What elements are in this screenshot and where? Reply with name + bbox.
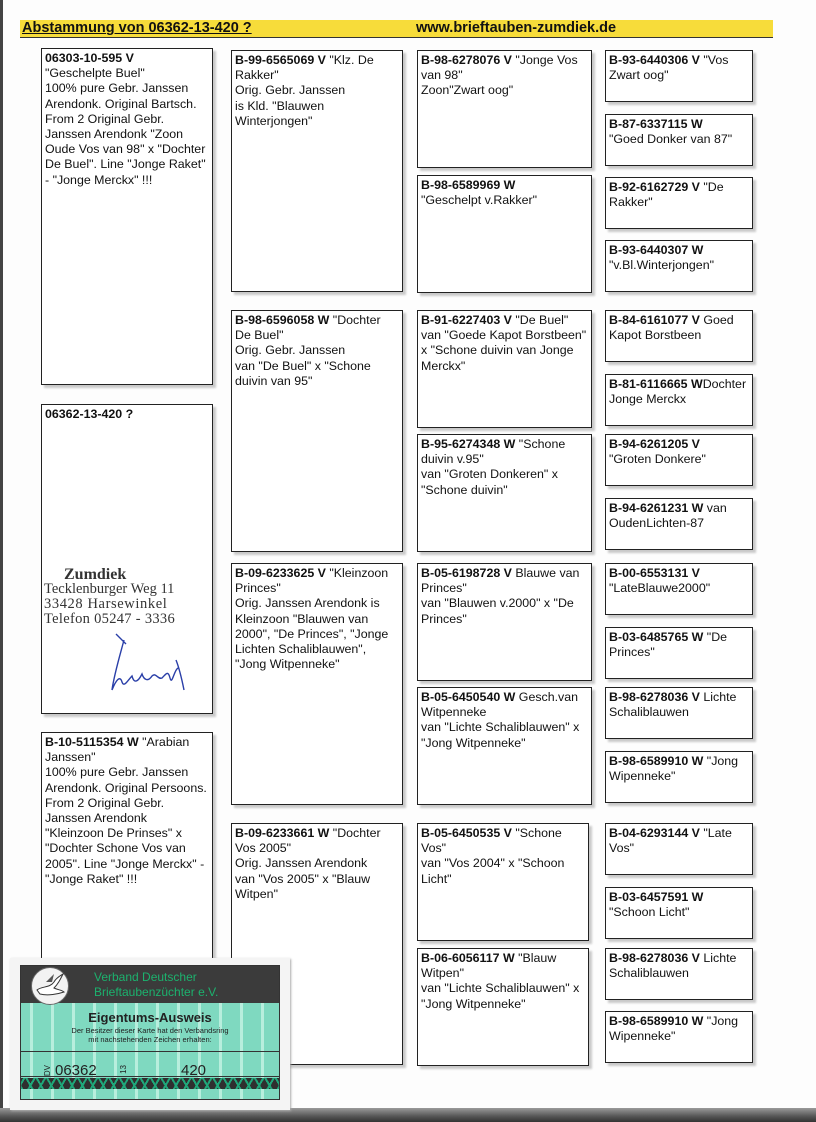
ring-number: B-92-6162729 V bbox=[609, 180, 700, 194]
pigeon-description: van "Blauwen v.2000" x "De Princes" bbox=[421, 596, 588, 626]
pigeon-description: van "Lichte Schaliblauwen" x "Jong Witpe… bbox=[421, 981, 585, 1011]
pigeon-name: "Groten Donkere" bbox=[609, 452, 749, 467]
pigeon-description: van "Lichte Schaliblauwen" x "Jong Witpe… bbox=[421, 720, 588, 750]
ownership-card: Verband Deutscher Brieftaubenzüchter e.V… bbox=[10, 958, 290, 1110]
great-great-grandparent-box: B-98-6278036 V Lichte Schaliblauwen bbox=[605, 948, 753, 1000]
dam-box: B-10-5115354 W "Arabian Janssen" 100% pu… bbox=[41, 732, 213, 980]
page-title: Abstammung von 06362-13-420 ? bbox=[22, 20, 252, 37]
grandparent-box: B-99-6565069 V "Klz. De Rakker" Orig. Ge… bbox=[231, 50, 403, 292]
pigeon-description: is Kld. "Blauwen Winterjongen" bbox=[235, 99, 399, 129]
card-pattern-band bbox=[21, 1078, 279, 1089]
pigeon-name: "De Buel" bbox=[512, 313, 568, 327]
great-great-grandparent-box: B-03-6457591 W"Schoon Licht" bbox=[605, 887, 753, 939]
pigeon-description: 100% pure Gebr. Janssen Arendonk. Origin… bbox=[45, 765, 209, 887]
great-grandparent-box: B-06-6056117 W "Blauw Witpen" van "Licht… bbox=[417, 948, 589, 1066]
great-great-grandparent-box: B-94-6261231 W van OudenLichten-87 bbox=[605, 498, 753, 550]
ring-number: B-95-6274348 W bbox=[421, 437, 515, 451]
great-grandparent-box: B-95-6274348 W "Schone duivin v.95" van … bbox=[417, 434, 592, 552]
pigeon-description: Zoon"Zwart oog" bbox=[421, 83, 588, 98]
ring-number: B-09-6233661 W bbox=[235, 826, 329, 840]
sire-box: 06303-10-595 V "Geschelpte Buel" 100% pu… bbox=[41, 48, 213, 385]
ring-number: B-94-6261205 V bbox=[609, 437, 700, 451]
ring-number: B-05-6450540 W bbox=[421, 690, 515, 704]
pigeon-origin: Orig. Janssen Arendonk bbox=[235, 856, 399, 871]
great-grandparent-box: B-05-6198728 V Blauwe van Princes" van "… bbox=[417, 563, 592, 681]
header-bar: Abstammung von 06362-13-420 ? www.brieft… bbox=[20, 20, 773, 38]
org-line: Verband Deutscher bbox=[94, 970, 218, 985]
ring-number: B-81-6116665 W bbox=[609, 377, 703, 391]
card-subtitle: Der Besitzer dieser Karte hat den Verban… bbox=[21, 1027, 279, 1044]
ring-number: B-94-6261231 W bbox=[609, 501, 703, 515]
ring-number: B-99-6565069 V bbox=[235, 53, 326, 67]
ring-number: B-87-6337115 W bbox=[609, 117, 703, 131]
website-link[interactable]: www.brieftauben-zumdiek.de bbox=[416, 20, 616, 37]
great-grandparent-box: B-98-6278076 V "Jonge Vos van 98" Zoon"Z… bbox=[417, 50, 592, 168]
pigeon-name: "Geschelpt v.Rakker" bbox=[421, 193, 588, 208]
ring-number: B-98-6589969 W bbox=[421, 178, 515, 192]
ring-number: B-10-5115354 W bbox=[45, 735, 139, 749]
ring-number: B-98-6278036 V bbox=[609, 690, 700, 704]
great-great-grandparent-box: B-98-6278036 V Lichte Schaliblauwen bbox=[605, 687, 753, 739]
great-great-grandparent-box: B-93-6440307 W"v.Bl.Winterjongen" bbox=[605, 240, 753, 292]
great-great-grandparent-box: B-98-6589910 W "Jong Wipenneke" bbox=[605, 1011, 753, 1063]
grandparent-box: B-98-6596058 W "Dochter De Buel" Orig. G… bbox=[231, 310, 403, 552]
breeder-stamp: Zumdiek Tecklenburger Weg 11 33428 Harse… bbox=[44, 567, 175, 627]
ring-number: B-04-6293144 V bbox=[609, 826, 700, 840]
great-grandparent-box: B-05-6450540 W Gesch.van Witpenneke van … bbox=[417, 687, 592, 805]
divider bbox=[21, 1076, 279, 1077]
pigeon-name: "v.Bl.Winterjongen" bbox=[609, 258, 749, 273]
great-great-grandparent-box: B-00-6553131 V"LateBlauwe2000" bbox=[605, 563, 753, 615]
card-prefix: DV bbox=[43, 1065, 52, 1076]
ring-number: B-03-6485765 W bbox=[609, 630, 703, 644]
signature-icon bbox=[102, 630, 192, 700]
pigeon-name: "Geschelpte Buel" bbox=[45, 66, 209, 81]
pigeon-description: 100% pure Gebr. Janssen Arendonk. Origin… bbox=[45, 81, 209, 187]
pigeon-description: van "Groten Donkeren" x "Schone duivin" bbox=[421, 467, 588, 497]
page-edge-bottom bbox=[0, 1108, 816, 1122]
ring-number: B-98-6278036 V bbox=[609, 951, 700, 965]
great-grandparent-box: B-98-6589969 W "Geschelpt v.Rakker" bbox=[417, 175, 592, 293]
pigeon-name: "Schoon Licht" bbox=[609, 905, 749, 920]
pigeon-name: "Goed Donker van 87" bbox=[609, 132, 749, 147]
breeder-city: 33428 Harsewinkel bbox=[44, 597, 175, 612]
ring-number: B-93-6440307 W bbox=[609, 243, 703, 257]
card-title: Eigentums-Ausweis bbox=[21, 1010, 279, 1025]
great-grandparent-box: B-91-6227403 V "De Buel" van "Goede Kapo… bbox=[417, 310, 592, 428]
pigeon-description: van "Vos 2005" x "Blauw Witpen" bbox=[235, 872, 399, 902]
great-great-grandparent-box: B-87-6337115 W"Goed Donker van 87" bbox=[605, 114, 753, 166]
org-line: Brieftaubenzüchter e.V. bbox=[94, 985, 218, 1000]
ring-number: B-00-6553131 V bbox=[609, 566, 700, 580]
pigeon-description: van "De Buel" x "Schone duivin van 95" bbox=[235, 359, 399, 389]
card-header: Verband Deutscher Brieftaubenzüchter e.V… bbox=[21, 966, 279, 1003]
great-great-grandparent-box: B-94-6261205 V"Groten Donkere" bbox=[605, 434, 753, 486]
pigeon-description: Orig. Janssen Arendonk is Kleinzoon "Bla… bbox=[235, 596, 399, 672]
ring-number: B-05-6450535 V bbox=[421, 826, 512, 840]
pigeon-description: van "Goede Kapot Borstbeen" x "Schone du… bbox=[421, 328, 588, 374]
ring-number: B-09-6233625 V bbox=[235, 566, 326, 580]
ring-number: B-05-6198728 V bbox=[421, 566, 512, 580]
subject-box: 06362-13-420 ? Zumdiek Tecklenburger Weg… bbox=[41, 404, 213, 714]
great-great-grandparent-box: B-98-6589910 W "Jong Wipenneke" bbox=[605, 751, 753, 803]
great-great-grandparent-box: B-93-6440306 V "Vos Zwart oog" bbox=[605, 50, 753, 102]
ring-number: B-91-6227403 V bbox=[421, 313, 512, 327]
ring-number: B-84-6161077 V bbox=[609, 313, 700, 327]
great-great-grandparent-box: B-03-6485765 W "De Princes" bbox=[605, 627, 753, 679]
divider bbox=[21, 1051, 279, 1052]
ring-number: B-06-6056117 W bbox=[421, 951, 515, 965]
ring-number: B-93-6440306 V bbox=[609, 53, 700, 67]
great-great-grandparent-box: B-84-6161077 V Goed Kapot Borstbeen bbox=[605, 310, 753, 362]
great-great-grandparent-box: B-04-6293144 V "Late Vos" bbox=[605, 823, 753, 875]
pigeon-origin: Orig. Gebr. Janssen bbox=[235, 343, 399, 358]
ring-number: B-98-6589910 W bbox=[609, 754, 703, 768]
great-grandparent-box: B-05-6450535 V "Schone Vos" van "Vos 200… bbox=[417, 823, 589, 941]
great-great-grandparent-box: B-81-6116665 WDochter Jonge Merckx bbox=[605, 374, 753, 426]
card-organization: Verband Deutscher Brieftaubenzüchter e.V… bbox=[94, 970, 218, 1000]
pigeon-name: "LateBlauwe2000" bbox=[609, 581, 749, 596]
pigeon-description: van "Vos 2004" x "Schoon Licht" bbox=[421, 856, 585, 886]
ring-number: B-98-6278076 V bbox=[421, 53, 512, 67]
card-face: Verband Deutscher Brieftaubenzüchter e.V… bbox=[20, 965, 280, 1100]
page-edge bbox=[0, 0, 3, 1108]
breeder-street: Tecklenburger Weg 11 bbox=[44, 582, 175, 597]
breeder-name: Zumdiek bbox=[44, 567, 175, 582]
subject-ring-number: 06362-13-420 ? bbox=[45, 407, 133, 421]
ring-number: B-98-6596058 W bbox=[235, 313, 329, 327]
grandparent-box: B-09-6233625 V "Kleinzoon Princes" Orig.… bbox=[231, 563, 403, 805]
subtitle-line: mit nachstehenden Zeichen erhalten: bbox=[21, 1036, 279, 1045]
pigeon-origin: Orig. Gebr. Janssen bbox=[235, 83, 399, 98]
ring-number: B-98-6589910 W bbox=[609, 1014, 703, 1028]
ring-number: 06303-10-595 V bbox=[45, 51, 134, 65]
breeder-phone: Telefon 05247 - 3336 bbox=[44, 612, 175, 627]
card-year: 13 bbox=[119, 1065, 128, 1074]
dove-logo-icon bbox=[31, 967, 69, 1005]
great-great-grandparent-box: B-92-6162729 V "De Rakker" bbox=[605, 177, 753, 229]
ring-number: B-03-6457591 W bbox=[609, 890, 703, 904]
